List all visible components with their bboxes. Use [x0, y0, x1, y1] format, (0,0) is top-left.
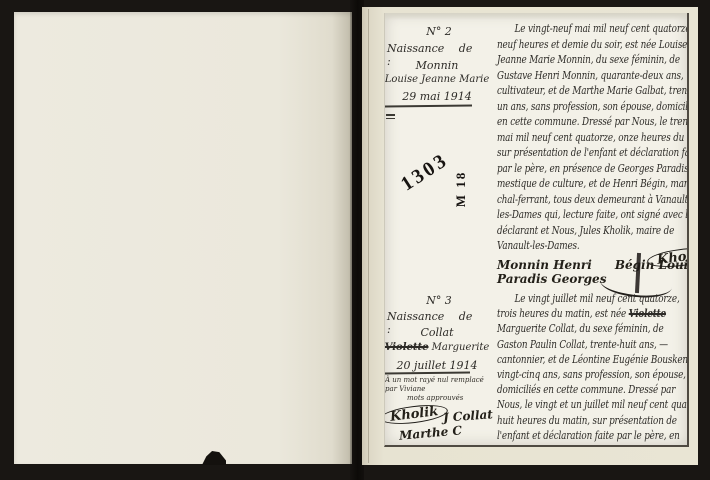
record2-line: Le vingt juillet mil neuf cent quatorze, — [497, 291, 689, 306]
record1-line: en cette commune. Dressé par Nous, le tr… — [497, 114, 689, 130]
record1-given-names: Louise Jeanne Marie — [384, 74, 492, 85]
record1-line: chal-ferrant, tous deux demeurant à Vana… — [497, 192, 689, 208]
record1-date: 29 mai 1914 — [384, 90, 492, 103]
archive-code-stamp: M 18 — [453, 167, 467, 211]
record2-act-number: N° 3 — [415, 294, 463, 307]
record1-line: cultivateur, et de Marthe Marie Galbat, … — [497, 83, 689, 99]
record1-text: Le vingt-neuf mai mil neuf cent quatorze… — [497, 21, 689, 289]
struck-name: Violette — [629, 307, 666, 320]
record1-line: déclarant et Nous, Jules Kholik, maire d… — [497, 223, 689, 239]
record2-text: Le vingt juillet mil neuf cent quatorze,… — [497, 291, 689, 443]
record1-line: Vanault-les-Dames. — [497, 238, 689, 254]
record1-line: mai mil neuf cent quatorze, onze heures … — [497, 130, 689, 146]
margin-note: À un mot rayé nul remplacé par Viviane m… — [385, 376, 489, 403]
record2-line: l'enfant et déclaration faite par le pèr… — [497, 428, 689, 443]
mayor-signature-oval: Kholik — [384, 402, 449, 427]
declarant-signature: Monnin Henri — [497, 258, 592, 272]
margin-separator-rule-2 — [384, 372, 470, 375]
record2-surname: Collat — [384, 326, 492, 339]
record1-signature-row: Monnin Henri Bégin Louis Kholik — [497, 254, 689, 272]
margin-signature: Marthe C — [399, 423, 463, 442]
record1-line: un ans, sans profession, son épouse, dom… — [497, 99, 689, 115]
margin-separator-rule — [384, 105, 472, 108]
photo-top-shade — [385, 13, 687, 20]
record1-line: par le père, en présence de Georges Para… — [497, 161, 689, 177]
record1-surname: Monnin — [384, 59, 492, 72]
equals-mark — [386, 112, 395, 121]
record2-line: Nous, le vingt et un juillet mil neuf ce… — [497, 397, 689, 412]
margin-note-line: À un mot rayé nul remplacé — [385, 376, 489, 385]
struck-name: Violette — [385, 342, 429, 353]
record2-given-names: Violette Marguerite — [384, 342, 492, 353]
margin-note-line: mots approuvés — [385, 394, 489, 403]
record1-line: sur présentation de l'enfant et déclarat… — [497, 145, 689, 161]
corrected-name: Marguerite — [432, 342, 490, 353]
record2-line: vingt-cinq ans, sans profession, son épo… — [497, 367, 689, 382]
left-blank-page — [14, 12, 352, 464]
record1-line: neuf heures et demie du soir, est née Lo… — [497, 37, 689, 53]
record2-line: Gaston Paulin Collat, trente-huit ans, — — [497, 337, 689, 352]
record2-line-prefix: trois heures du matin, est née — [497, 307, 629, 320]
record1-line: Gustave Henri Monnin, quarante-deux ans, — [497, 68, 689, 84]
register-photo: N° 2 Naissance de : Monnin Louise Jeanne… — [384, 13, 689, 447]
record2-line: domiciliés en cette commune. Dressé par — [497, 382, 689, 397]
record1-line: Jeanne Marie Monnin, du sexe féminin, de — [497, 52, 689, 68]
father-signature: J Collat — [443, 407, 494, 424]
archive-scan: { "stamps": { "folio_number": "1303", "c… — [0, 0, 710, 480]
ink-blot — [202, 451, 226, 465]
record2-line: huit heures du matin, sur présentation d… — [497, 413, 689, 428]
record2-line: cantonnier, et de Léontine Eugénie Bousk… — [497, 352, 689, 367]
margin-note-line: par Viviane — [385, 385, 489, 394]
folio-number-stamp: 1303 — [397, 149, 453, 197]
record2-line: Marguerite Collat, du sexe féminin, de — [497, 321, 689, 336]
page-edge-line — [368, 9, 369, 463]
record1-line: les-Dames qui, lecture faite, ont signé … — [497, 207, 689, 223]
record2-line: trois heures du matin, est née Violette — [497, 306, 689, 321]
record2-date: 20 juillet 1914 — [384, 359, 492, 372]
record1-line: mestique de culture, et de Henri Bégin, … — [497, 176, 689, 192]
record1-line: Le vingt-neuf mai mil neuf cent quatorze… — [497, 21, 689, 37]
record1-act-number: N° 2 — [415, 25, 463, 38]
